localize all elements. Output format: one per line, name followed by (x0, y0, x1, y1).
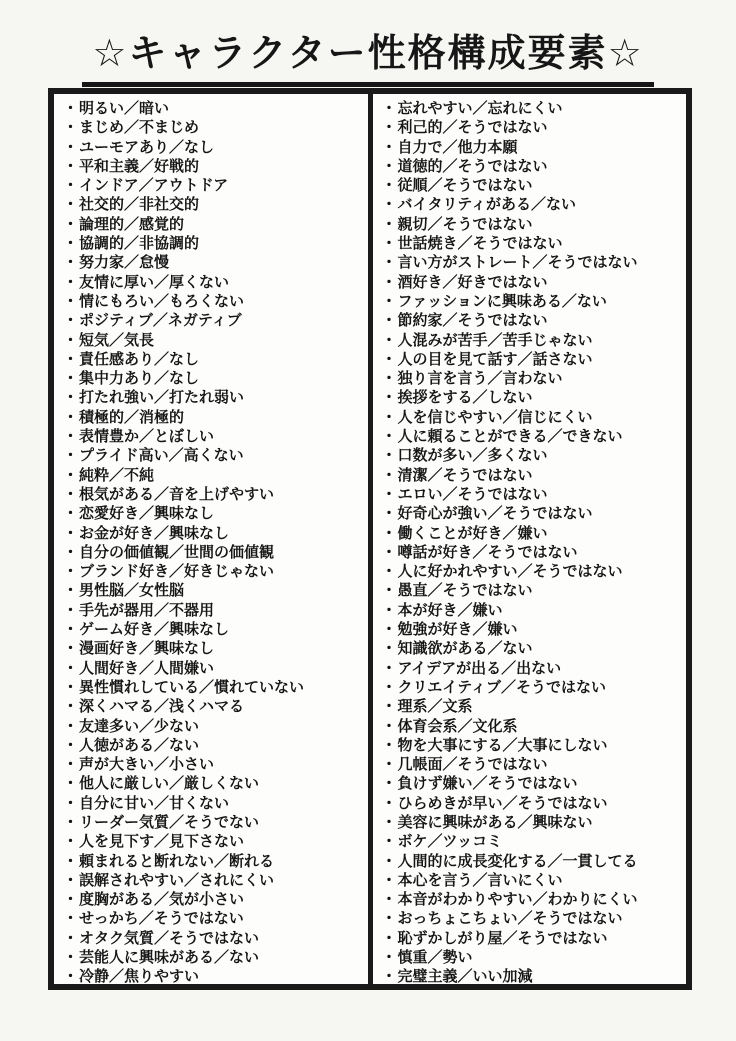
trait-pair-text: 論理的／感覚的 (79, 215, 184, 233)
trait-pair-text: 挨拶をする／しない (398, 388, 533, 406)
list-item: ・お金が好き／興味なし (63, 524, 366, 543)
list-item: ・ポジティブ／ネガティブ (63, 311, 366, 330)
list-item: ・理系／文系 (382, 697, 685, 716)
list-item: ・挨拶をする／しない (382, 388, 685, 407)
trait-pair-text: 人間的に成長変化する／一貫してる (398, 852, 638, 870)
list-item: ・芸能人に興味がある／ない (63, 948, 366, 967)
trait-pair-text: 頼まれると断れない／断れる (79, 852, 274, 870)
list-item: ・まじめ／不まじめ (63, 118, 366, 137)
bullet-icon: ・ (382, 832, 397, 850)
bullet-icon: ・ (63, 909, 78, 927)
bullet-icon: ・ (382, 427, 397, 445)
trait-pair-text: 手先が器用／不器用 (79, 601, 214, 619)
list-item: ・ファッションに興味ある／ない (382, 292, 685, 311)
list-item: ・頼まれると断れない／断れる (63, 852, 366, 871)
bullet-icon: ・ (63, 195, 78, 213)
trait-pair-text: せっかち／そうではない (79, 909, 244, 927)
bullet-icon: ・ (63, 601, 78, 619)
bullet-icon: ・ (382, 581, 397, 599)
bullet-icon: ・ (63, 562, 78, 580)
trait-pair-text: 平和主義／好戦的 (79, 157, 199, 175)
list-item: ・負けず嫌い／そうではない (382, 774, 685, 793)
bullet-icon: ・ (63, 292, 78, 310)
list-item: ・努力家／怠慢 (63, 253, 366, 272)
trait-pair-text: 勉強が好き／嫌い (398, 620, 518, 638)
bullet-icon: ・ (382, 659, 397, 677)
bullet-icon: ・ (382, 176, 397, 194)
bullet-icon: ・ (63, 813, 78, 831)
list-item: ・美容に興味がある／興味ない (382, 813, 685, 832)
bullet-icon: ・ (63, 890, 78, 908)
list-item: ・漫画好き／興味なし (63, 639, 366, 658)
bullet-icon: ・ (382, 466, 397, 484)
bullet-icon: ・ (382, 890, 397, 908)
list-item: ・本心を言う／言いにくい (382, 871, 685, 890)
bullet-icon: ・ (63, 504, 78, 522)
list-item: ・恋愛好き／興味なし (63, 504, 366, 523)
bullet-icon: ・ (382, 369, 397, 387)
bullet-icon: ・ (63, 755, 78, 773)
right-column: ・忘れやすい／忘れにくい・利己的／そうではない・自力で／他力本願・道徳的／そうで… (373, 94, 687, 984)
bullet-icon: ・ (382, 388, 397, 406)
trait-pair-text: 人を見下す／見下さない (79, 832, 244, 850)
list-item: ・好奇心が強い／そうではない (382, 504, 685, 523)
trait-pair-text: 打たれ強い／打たれ弱い (79, 388, 244, 406)
bullet-icon: ・ (63, 485, 78, 503)
list-item: ・男性脳／女性脳 (63, 581, 366, 600)
bullet-icon: ・ (63, 852, 78, 870)
trait-pair-text: 恋愛好き／興味なし (79, 504, 214, 522)
list-item: ・酒好き／好きではない (382, 273, 685, 292)
list-item: ・オタク気質／そうではない (63, 929, 366, 948)
list-item: ・積極的／消極的 (63, 408, 366, 427)
trait-list-box: ・明るい／暗い・まじめ／不まじめ・ユーモアあり／なし・平和主義／好戦的・インドア… (48, 88, 692, 990)
bullet-icon: ・ (382, 717, 397, 735)
trait-pair-text: ゲーム好き／興味なし (79, 620, 229, 638)
bullet-icon: ・ (63, 253, 78, 271)
bullet-icon: ・ (63, 543, 78, 561)
bullet-icon: ・ (382, 678, 397, 696)
bullet-icon: ・ (382, 967, 397, 984)
trait-pair-text: 清潔／そうではない (398, 466, 533, 484)
list-item: ・慎重／勢い (382, 948, 685, 967)
trait-pair-text: 人に頼ることができる／できない (398, 427, 623, 445)
trait-pair-text: おっちょこちょい／そうではない (398, 909, 623, 927)
list-item: ・体育会系／文化系 (382, 717, 685, 736)
trait-pair-text: 本心を言う／言いにくい (398, 871, 563, 889)
bullet-icon: ・ (382, 292, 397, 310)
trait-pair-text: 自分の価値観／世間の価値観 (79, 543, 274, 561)
list-item: ・言い方がストレート／そうではない (382, 253, 685, 272)
bullet-icon: ・ (63, 581, 78, 599)
trait-pair-text: 責任感あり／なし (79, 350, 199, 368)
bullet-icon: ・ (63, 234, 78, 252)
bullet-icon: ・ (63, 427, 78, 445)
trait-pair-text: 体育会系／文化系 (398, 717, 518, 735)
bullet-icon: ・ (63, 774, 78, 792)
list-item: ・せっかち／そうではない (63, 909, 366, 928)
list-item: ・論理的／感覚的 (63, 215, 366, 234)
list-item: ・平和主義／好戦的 (63, 157, 366, 176)
bullet-icon: ・ (382, 620, 397, 638)
trait-pair-text: 友達多い／少ない (79, 717, 199, 735)
bullet-icon: ・ (63, 446, 78, 464)
trait-pair-text: 独り言を言う／言わない (398, 369, 563, 387)
bullet-icon: ・ (382, 736, 397, 754)
bullet-icon: ・ (63, 832, 78, 850)
bullet-icon: ・ (382, 350, 397, 368)
trait-pair-text: エロい／そうではない (398, 485, 548, 503)
bullet-icon: ・ (63, 388, 78, 406)
list-item: ・自分に甘い／甘くない (63, 794, 366, 813)
list-item: ・人を見下す／見下さない (63, 832, 366, 851)
bullet-icon: ・ (382, 118, 397, 136)
list-item: ・バイタリティがある／ない (382, 195, 685, 214)
list-item: ・清潔／そうではない (382, 466, 685, 485)
trait-pair-text: 自分に甘い／甘くない (79, 794, 229, 812)
bullet-icon: ・ (63, 273, 78, 291)
trait-pair-text: 自力で／他力本願 (398, 138, 518, 156)
trait-pair-text: 純粋／不純 (79, 466, 154, 484)
trait-pair-text: 誤解されやすい／されにくい (79, 871, 274, 889)
bullet-icon: ・ (382, 253, 397, 271)
trait-pair-text: 親切／そうではない (398, 215, 533, 233)
trait-pair-text: 集中力あり／なし (79, 369, 199, 387)
list-item: ・自分の価値観／世間の価値観 (63, 543, 366, 562)
trait-pair-text: 異性慣れしている／慣れていない (79, 678, 304, 696)
trait-pair-text: 几帳面／そうではない (398, 755, 548, 773)
trait-pair-text: 芸能人に興味がある／ない (79, 948, 259, 966)
list-item: ・異性慣れしている／慣れていない (63, 678, 366, 697)
bullet-icon: ・ (382, 909, 397, 927)
trait-pair-text: 明るい／暗い (79, 99, 169, 117)
bullet-icon: ・ (382, 794, 397, 812)
trait-pair-text: 努力家／怠慢 (79, 253, 169, 271)
list-item: ・クリエイティブ／そうではない (382, 678, 685, 697)
list-item: ・友達多い／少ない (63, 717, 366, 736)
list-item: ・人徳がある／ない (63, 736, 366, 755)
trait-pair-text: 協調的／非協調的 (79, 234, 199, 252)
list-item: ・社交的／非社交的 (63, 195, 366, 214)
trait-pair-text: 好奇心が強い／そうではない (398, 504, 593, 522)
list-item: ・完璧主義／いい加減 (382, 967, 685, 984)
list-item: ・プライド高い／高くない (63, 446, 366, 465)
trait-pair-text: 短気／気長 (79, 331, 154, 349)
bullet-icon: ・ (63, 311, 78, 329)
bullet-icon: ・ (382, 157, 397, 175)
trait-pair-text: 情にもろい／もろくない (79, 292, 244, 310)
list-item: ・本が好き／嫌い (382, 601, 685, 620)
trait-pair-text: 人に好かれやすい／そうではない (398, 562, 623, 580)
bullet-icon: ・ (63, 639, 78, 657)
trait-pair-text: 利己的／そうではない (398, 118, 548, 136)
list-item: ・人の目を見て話す／話さない (382, 350, 685, 369)
trait-pair-text: 節約家／そうではない (398, 311, 548, 329)
trait-pair-text: 人混みが苦手／苦手じゃない (398, 331, 593, 349)
list-item: ・人間的に成長変化する／一貫してる (382, 852, 685, 871)
list-item: ・責任感あり／なし (63, 350, 366, 369)
bullet-icon: ・ (382, 948, 397, 966)
bullet-icon: ・ (63, 99, 78, 117)
list-item: ・道徳的／そうではない (382, 157, 685, 176)
trait-pair-text: アイデアが出る／出ない (398, 659, 562, 677)
list-item: ・アイデアが出る／出ない (382, 659, 685, 678)
bullet-icon: ・ (382, 929, 397, 947)
bullet-icon: ・ (382, 871, 397, 889)
list-item: ・根気がある／音を上げやすい (63, 485, 366, 504)
trait-pair-text: バイタリティがある／ない (398, 195, 577, 213)
trait-pair-text: ファッションに興味ある／ない (398, 292, 607, 310)
bullet-icon: ・ (382, 446, 397, 464)
list-item: ・独り言を言う／言わない (382, 369, 685, 388)
list-item: ・短気／気長 (63, 331, 366, 350)
list-item: ・リーダー気質／そうでない (63, 813, 366, 832)
trait-pair-text: ブランド好き／好きじゃない (79, 562, 274, 580)
list-item: ・度胸がある／気が小さい (63, 890, 366, 909)
trait-pair-text: インドア／アウトドア (79, 176, 228, 194)
bullet-icon: ・ (382, 331, 397, 349)
trait-pair-text: 人徳がある／ない (79, 736, 199, 754)
list-item: ・深くハマる／浅くハマる (63, 697, 366, 716)
list-item: ・忘れやすい／忘れにくい (382, 99, 685, 118)
bullet-icon: ・ (382, 524, 397, 542)
trait-pair-text: 完璧主義／いい加減 (398, 967, 533, 984)
list-item: ・人混みが苦手／苦手じゃない (382, 331, 685, 350)
bullet-icon: ・ (63, 118, 78, 136)
trait-pair-text: 言い方がストレート／そうではない (398, 253, 638, 271)
title-container: ☆キャラクター性格構成要素☆ (0, 22, 736, 87)
bullet-icon: ・ (63, 138, 78, 156)
trait-pair-text: 酒好き／好きではない (398, 273, 548, 291)
trait-pair-text: 従順／そうではない (398, 176, 533, 194)
bullet-icon: ・ (63, 369, 78, 387)
trait-pair-text: 愚直／そうではない (398, 581, 533, 599)
list-item: ・友情に厚い／厚くない (63, 273, 366, 292)
list-item: ・勉強が好き／嫌い (382, 620, 685, 639)
trait-pair-text: ひらめきが早い／そうではない (398, 794, 608, 812)
list-item: ・純粋／不純 (63, 466, 366, 485)
bullet-icon: ・ (382, 195, 397, 213)
trait-pair-text: 理系／文系 (398, 697, 473, 715)
bullet-icon: ・ (382, 562, 397, 580)
bullet-icon: ・ (382, 311, 397, 329)
trait-pair-text: 慎重／勢い (398, 948, 473, 966)
trait-pair-text: 人を信じやすい／信じにくい (398, 408, 593, 426)
list-item: ・エロい／そうではない (382, 485, 685, 504)
bullet-icon: ・ (382, 215, 397, 233)
trait-pair-text: まじめ／不まじめ (79, 118, 199, 136)
left-column: ・明るい／暗い・まじめ／不まじめ・ユーモアあり／なし・平和主義／好戦的・インドア… (54, 94, 373, 984)
list-item: ・ひらめきが早い／そうではない (382, 794, 685, 813)
list-item: ・ボケ／ツッコミ (382, 832, 685, 851)
bullet-icon: ・ (63, 948, 78, 966)
trait-pair-text: 恥ずかしがり屋／そうではない (398, 929, 608, 947)
list-item: ・冷静／焦りやすい (63, 967, 366, 984)
trait-pair-text: 他人に厳しい／厳しくない (79, 774, 259, 792)
list-item: ・物を大事にする／大事にしない (382, 736, 685, 755)
bullet-icon: ・ (63, 717, 78, 735)
bullet-icon: ・ (63, 408, 78, 426)
bullet-icon: ・ (382, 639, 397, 657)
trait-pair-text: 積極的／消極的 (79, 408, 184, 426)
bullet-icon: ・ (63, 929, 78, 947)
trait-pair-text: 道徳的／そうではない (398, 157, 548, 175)
trait-pair-text: 物を大事にする／大事にしない (398, 736, 608, 754)
list-item: ・情にもろい／もろくない (63, 292, 366, 311)
trait-pair-text: 人間好き／人間嫌い (79, 659, 214, 677)
bullet-icon: ・ (382, 601, 397, 619)
bullet-icon: ・ (382, 697, 397, 715)
bullet-icon: ・ (382, 234, 397, 252)
bullet-icon: ・ (382, 543, 397, 561)
trait-pair-text: 深くハマる／浅くハマる (79, 697, 244, 715)
bullet-icon: ・ (63, 215, 78, 233)
trait-pair-text: 根気がある／音を上げやすい (79, 485, 274, 503)
list-item: ・おっちょこちょい／そうではない (382, 909, 685, 928)
list-item: ・誤解されやすい／されにくい (63, 871, 366, 890)
list-item: ・インドア／アウトドア (63, 176, 366, 195)
trait-pair-text: 人の目を見て話す／話さない (398, 350, 593, 368)
list-item: ・利己的／そうではない (382, 118, 685, 137)
bullet-icon: ・ (382, 774, 397, 792)
trait-pair-text: 噂話が好き／そうではない (398, 543, 578, 561)
trait-pair-text: クリエイティブ／そうではない (398, 678, 607, 696)
trait-pair-text: 本が好き／嫌い (398, 601, 503, 619)
bullet-icon: ・ (382, 273, 397, 291)
bullet-icon: ・ (63, 794, 78, 812)
list-item: ・集中力あり／なし (63, 369, 366, 388)
list-item: ・節約家／そうではない (382, 311, 685, 330)
bullet-icon: ・ (382, 138, 397, 156)
list-item: ・ユーモアあり／なし (63, 138, 366, 157)
bullet-icon: ・ (63, 466, 78, 484)
trait-pair-text: 友情に厚い／厚くない (79, 273, 229, 291)
bullet-icon: ・ (63, 659, 78, 677)
trait-pair-text: 働くことが好き／嫌い (398, 524, 548, 542)
list-item: ・協調的／非協調的 (63, 234, 366, 253)
bullet-icon: ・ (63, 967, 78, 984)
trait-pair-text: 世話焼き／そうではない (398, 234, 563, 252)
document-sheet: ☆キャラクター性格構成要素☆ ・明るい／暗い・まじめ／不まじめ・ユーモアあり／な… (0, 0, 736, 1041)
bullet-icon: ・ (63, 620, 78, 638)
trait-pair-text: 表情豊か／とぼしい (79, 427, 214, 445)
trait-pair-text: 忘れやすい／忘れにくい (398, 99, 563, 117)
list-item: ・表情豊か／とぼしい (63, 427, 366, 446)
bullet-icon: ・ (382, 813, 397, 831)
bullet-icon: ・ (63, 736, 78, 754)
trait-pair-text: 男性脳／女性脳 (79, 581, 184, 599)
list-item: ・恥ずかしがり屋／そうではない (382, 929, 685, 948)
bullet-icon: ・ (63, 524, 78, 542)
trait-pair-text: リーダー気質／そうでない (79, 813, 259, 831)
list-item: ・ブランド好き／好きじゃない (63, 562, 366, 581)
list-item: ・手先が器用／不器用 (63, 601, 366, 620)
list-item: ・他人に厳しい／厳しくない (63, 774, 366, 793)
trait-pair-text: 知識欲がある／ない (398, 639, 533, 657)
bullet-icon: ・ (63, 157, 78, 175)
bullet-icon: ・ (63, 678, 78, 696)
trait-pair-text: プライド高い／高くない (79, 446, 244, 464)
bullet-icon: ・ (63, 331, 78, 349)
bullet-icon: ・ (382, 485, 397, 503)
list-item: ・働くことが好き／嫌い (382, 524, 685, 543)
list-item: ・几帳面／そうではない (382, 755, 685, 774)
list-item: ・口数が多い／多くない (382, 446, 685, 465)
trait-pair-text: オタク気質／そうではない (79, 929, 259, 947)
list-item: ・自力で／他力本願 (382, 138, 685, 157)
bullet-icon: ・ (382, 755, 397, 773)
list-item: ・人に好かれやすい／そうではない (382, 562, 685, 581)
list-item: ・人を信じやすい／信じにくい (382, 408, 685, 427)
bullet-icon: ・ (63, 176, 78, 194)
bullet-icon: ・ (382, 852, 397, 870)
bullet-icon: ・ (63, 871, 78, 889)
bullet-icon: ・ (382, 99, 397, 117)
list-item: ・知識欲がある／ない (382, 639, 685, 658)
list-item: ・人に頼ることができる／できない (382, 427, 685, 446)
trait-pair-text: 度胸がある／気が小さい (79, 890, 244, 908)
list-item: ・明るい／暗い (63, 99, 366, 118)
trait-pair-text: 声が大きい／小さい (79, 755, 214, 773)
trait-pair-text: 本音がわかりやすい／わかりにくい (398, 890, 638, 908)
trait-pair-text: 社交的／非社交的 (79, 195, 199, 213)
list-item: ・打たれ強い／打たれ弱い (63, 388, 366, 407)
list-item: ・噂話が好き／そうではない (382, 543, 685, 562)
trait-pair-text: お金が好き／興味なし (79, 524, 229, 542)
trait-pair-text: 口数が多い／多くない (398, 446, 548, 464)
list-item: ・人間好き／人間嫌い (63, 659, 366, 678)
bullet-icon: ・ (63, 350, 78, 368)
list-item: ・声が大きい／小さい (63, 755, 366, 774)
bullet-icon: ・ (63, 697, 78, 715)
list-item: ・愚直／そうではない (382, 581, 685, 600)
list-item: ・ゲーム好き／興味なし (63, 620, 366, 639)
list-item: ・親切／そうではない (382, 215, 685, 234)
trait-pair-text: ポジティブ／ネガティブ (79, 311, 242, 329)
bullet-icon: ・ (382, 408, 397, 426)
trait-pair-text: 美容に興味がある／興味ない (398, 813, 593, 831)
page-title: ☆キャラクター性格構成要素☆ (82, 22, 653, 87)
trait-pair-text: 冷静／焦りやすい (79, 967, 199, 984)
trait-pair-text: 漫画好き／興味なし (79, 639, 214, 657)
trait-pair-text: 負けず嫌い／そうではない (398, 774, 578, 792)
list-item: ・本音がわかりやすい／わかりにくい (382, 890, 685, 909)
list-item: ・世話焼き／そうではない (382, 234, 685, 253)
bullet-icon: ・ (382, 504, 397, 522)
trait-pair-text: ボケ／ツッコミ (398, 832, 503, 850)
list-item: ・従順／そうではない (382, 176, 685, 195)
trait-pair-text: ユーモアあり／なし (79, 138, 214, 156)
